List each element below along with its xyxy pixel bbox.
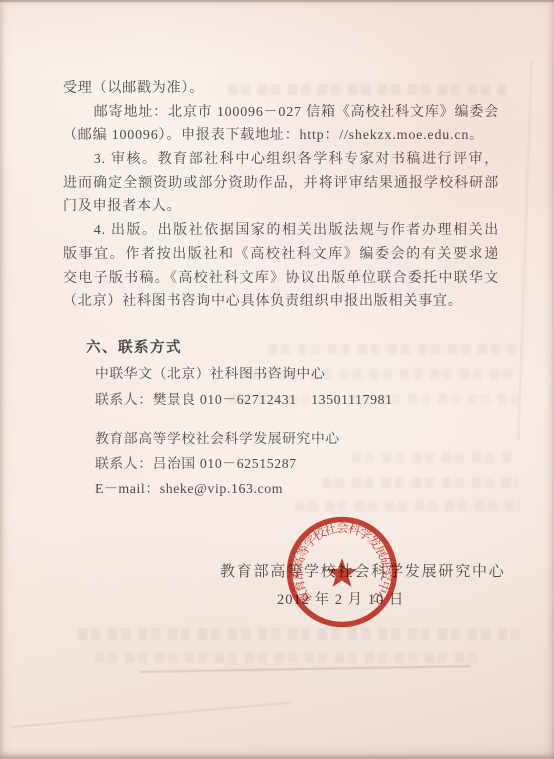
bleed-through-marks: [95, 652, 485, 663]
paper-top-shading: [0, 2, 554, 68]
contact-line: 联系人：吕治国 010－62515287: [95, 451, 340, 476]
five-pointed-star-icon: [327, 558, 357, 587]
paper-crease: [140, 665, 470, 673]
contact-line: 联系人：樊景良 010－62712431 13501117981: [95, 387, 393, 413]
bleed-through-marks: [322, 477, 518, 488]
bleed-through-marks: [268, 344, 516, 355]
paper-crease: [10, 702, 289, 728]
bleed-through-marks: [352, 452, 512, 463]
official-seal: 教育部高等学校社会科学发展研究中心: [284, 514, 400, 630]
section-heading-contact: 六、联系方式: [86, 336, 182, 357]
body-line: 交电子版书稿。《高校社科文库》协议出版单位联合委托中联华文: [63, 267, 499, 291]
contact-group-moe-center: 教育部高等学校社会科学发展研究中心 联系人：吕治国 010－62515287 E…: [95, 426, 340, 501]
body-line: 4. 出版。出版社依据国家的相关出版法规与作者办理相关出: [63, 219, 499, 243]
body-line: 邮寄地址：北京市 100096－027 信箱《高校社科文库》编委会: [63, 101, 499, 125]
body-line: 进而确定全额资助或部分资助作品，并将评审结果通报学校科研部: [63, 172, 499, 196]
body-line: 门及申报者本人。: [63, 195, 499, 219]
contact-line: 中联华文（北京）社科图书咨询中心: [95, 361, 393, 387]
contact-line: 教育部高等学校社会科学发展研究中心: [95, 426, 340, 451]
bleed-through-marks: [295, 500, 520, 511]
body-line: （北京）社科图书咨询中心具体负责组织申报出版相关事宜。: [63, 290, 499, 314]
body-line: 受理（以邮戳为准）。: [63, 77, 499, 101]
scan-bottom-edge: [0, 753, 554, 759]
body-line: 版事宜。作者按出版社和《高校社科文库》编委会的有关要求递: [63, 243, 499, 267]
scan-top-edge: [0, 0, 554, 2]
body-line: 3. 审核。教育部社科中心组织各学科专家对书稿进行评审，: [63, 148, 499, 172]
contact-line: E－mail：sheke@vip.163.com: [95, 476, 340, 501]
body-paragraphs: 受理（以邮戳为准）。 邮寄地址：北京市 100096－027 信箱《高校社科文库…: [63, 77, 499, 314]
paper-crease: [517, 60, 532, 440]
document-page: 受理（以邮戳为准）。 邮寄地址：北京市 100096－027 信箱《高校社科文库…: [0, 0, 554, 759]
body-line: （邮编 100096）。申报表下载地址：http：//shekzx.moe.ed…: [63, 124, 499, 148]
contact-group-zhonglian: 中联华文（北京）社科图书咨询中心 联系人：樊景良 010－62712431 13…: [95, 361, 393, 412]
